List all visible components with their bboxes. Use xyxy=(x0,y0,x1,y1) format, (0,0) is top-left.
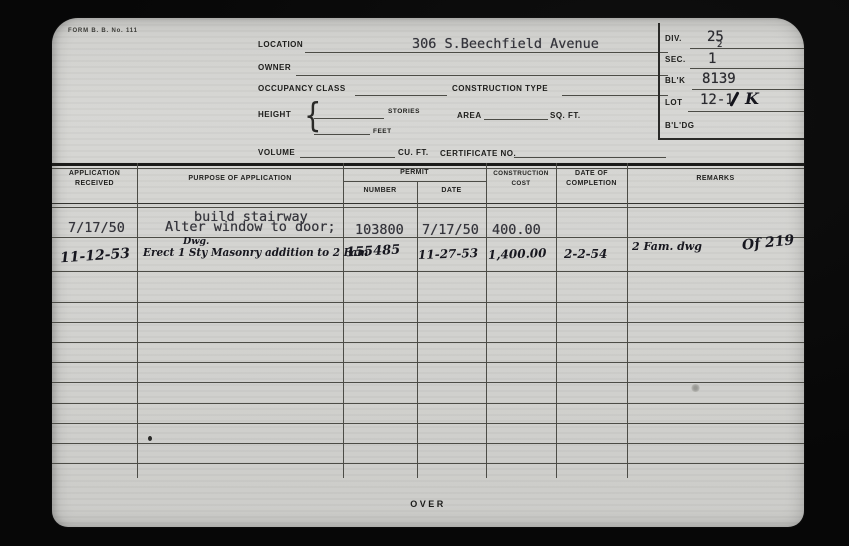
header-bottom-rule-2 xyxy=(52,207,804,208)
table-top-rule xyxy=(52,163,804,166)
col-line-completion xyxy=(627,163,628,478)
sec-underline xyxy=(690,68,804,69)
form-number: FORM B. B. No. 111 xyxy=(68,28,138,34)
row2-completion: 2-2-54 xyxy=(564,247,607,261)
construction-type-label: CONSTRUCTION TYPE xyxy=(452,84,548,93)
header-application-line2: RECEIVED xyxy=(52,180,137,187)
cu-ft-label: CU. FT. xyxy=(398,148,429,157)
div-stray-mark: 2 xyxy=(717,40,722,50)
parcel-box-bottom-border xyxy=(658,138,804,140)
row-rule-9 xyxy=(52,423,804,424)
header-completion-line2: COMPLETION xyxy=(556,180,627,187)
row-rule-11 xyxy=(52,463,804,464)
col-line-received xyxy=(137,163,138,478)
row1-cost: 400.00 xyxy=(492,222,541,238)
header-completion-line1: DATE OF xyxy=(556,170,627,177)
row-rule-4 xyxy=(52,322,804,323)
owner-underline xyxy=(296,75,668,76)
header-cost-line2: COST xyxy=(486,180,556,187)
occupancy-class-label: OCCUPANCY CLASS xyxy=(258,84,346,93)
feet-label: FEET xyxy=(373,128,392,135)
owner-label: OWNER xyxy=(258,63,291,72)
row-rule-8 xyxy=(52,403,804,404)
row2-permit-date: 11-27-53 xyxy=(418,246,479,262)
row2-purpose: Erect 1 Sty Masonry addition to 2 Fam xyxy=(143,246,368,259)
row2-received: 11-12-53 xyxy=(60,246,131,267)
height-label: HEIGHT xyxy=(258,110,291,119)
blk-label: BL'K xyxy=(665,76,685,85)
location-label: LOCATION xyxy=(258,40,303,49)
area-underline xyxy=(484,119,548,120)
volume-label: VOLUME xyxy=(258,148,295,157)
stories-label: STORIES xyxy=(388,108,420,115)
stories-underline xyxy=(314,118,384,119)
ink-dot-mark xyxy=(148,436,152,441)
row-rule-3 xyxy=(52,302,804,303)
bldg-label: B'L'DG xyxy=(665,121,694,130)
row1-purpose-line2: Alter window to door; xyxy=(165,219,336,235)
header-permit-date: DATE xyxy=(417,187,486,194)
header-permit-number: NUMBER xyxy=(343,187,417,194)
blk-value: 8139 xyxy=(702,71,736,87)
row-rule-10 xyxy=(52,443,804,444)
header-bottom-rule-1 xyxy=(52,203,804,204)
over-label: OVER xyxy=(52,499,804,509)
col-line-cost xyxy=(556,163,557,478)
lot-label: LOT xyxy=(665,98,683,107)
header-remarks: REMARKS xyxy=(627,175,804,182)
row1-permit-date: 7/17/50 xyxy=(422,222,479,238)
sec-label: SEC. xyxy=(665,55,686,64)
area-label: AREA xyxy=(457,111,482,120)
row2-permit-number: 155485 xyxy=(346,243,401,261)
certificate-label: CERTIFICATE NO. xyxy=(440,149,516,158)
row1-permit-number: 103800 xyxy=(355,222,404,238)
header-permit: PERMIT xyxy=(343,169,486,176)
col-line-permit-date xyxy=(486,163,487,478)
sec-value: 1 xyxy=(708,51,716,67)
div-underline xyxy=(690,48,804,49)
location-underline xyxy=(305,52,668,53)
certificate-underline xyxy=(514,157,666,158)
stamp-smudge-mark xyxy=(691,384,700,392)
location-value: 306 S.Beechfield Avenue xyxy=(412,36,599,52)
sq-ft-label: SQ. FT. xyxy=(550,111,581,120)
header-application-line1: APPLICATION xyxy=(52,170,137,177)
feet-underline xyxy=(314,134,370,135)
col-line-purpose xyxy=(343,163,344,478)
row2-cost: 1,400.00 xyxy=(488,246,547,262)
row-rule-5 xyxy=(52,342,804,343)
volume-underline xyxy=(300,157,395,158)
row-rule-2 xyxy=(52,271,804,272)
row1-received: 7/17/50 xyxy=(68,220,125,236)
index-card: FORM B. B. No. 111 LOCATION 306 S.Beechf… xyxy=(52,18,804,527)
row2-remarks: 2 Fam. dwg xyxy=(632,240,702,253)
occupancy-underline xyxy=(355,95,447,96)
parcel-box-left-border xyxy=(658,23,660,139)
div-label: DIV. xyxy=(665,34,682,43)
col-line-permit-number xyxy=(417,181,418,478)
row-rule-7 xyxy=(52,382,804,383)
header-purpose: PURPOSE OF APPLICATION xyxy=(137,175,343,182)
height-brace: { xyxy=(304,96,321,136)
permit-subheader-rule xyxy=(343,181,486,182)
lot-underline xyxy=(688,111,804,112)
lot-value-typed: 12-1 xyxy=(700,92,734,108)
lot-value-hand: K xyxy=(745,89,759,108)
construction-type-underline xyxy=(562,95,668,96)
row-rule-6 xyxy=(52,362,804,363)
header-cost-line1: CONSTRUCTION xyxy=(486,170,556,177)
scanned-permit-card-page: FORM B. B. No. 111 LOCATION 306 S.Beechf… xyxy=(0,0,849,546)
row2-remarks-note: Of 219 xyxy=(741,232,795,253)
